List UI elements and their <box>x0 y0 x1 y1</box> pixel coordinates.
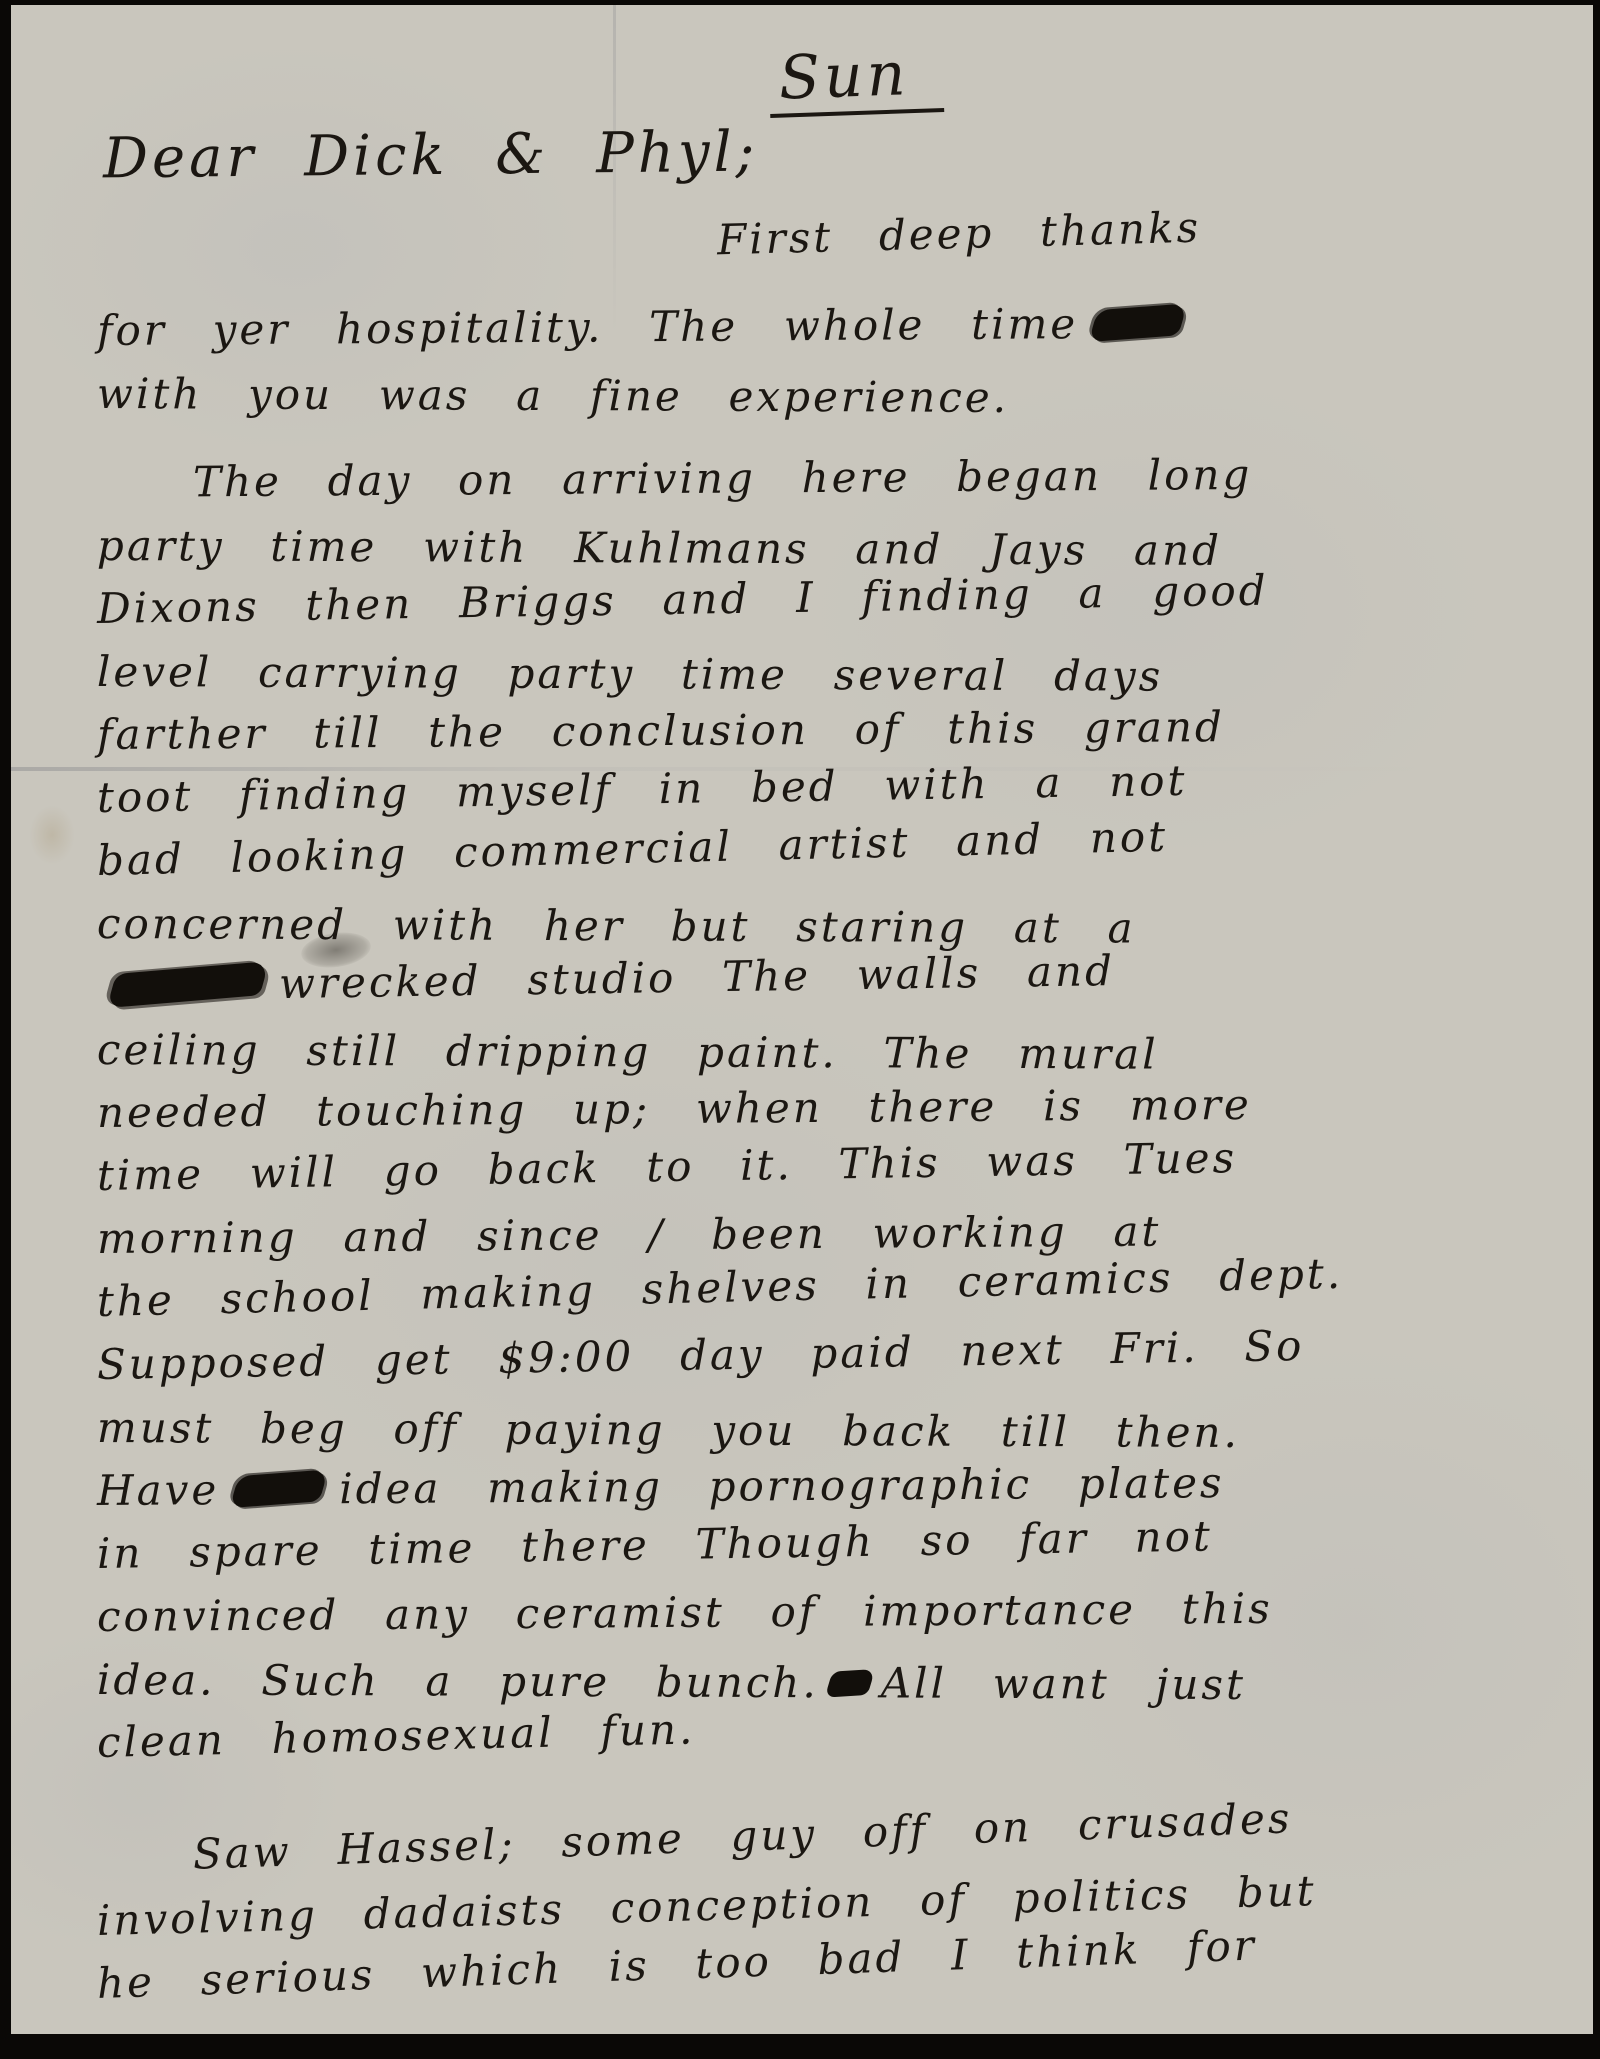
letter-line: with you was a fine experience. <box>97 362 1538 431</box>
handwritten-text: must beg off paying you back till then. <box>97 1403 1240 1457</box>
paragraph: The day on arriving here began longparty… <box>97 451 1538 1774</box>
letter-line: convinced any ceramist of importance thi… <box>97 1575 1538 1648</box>
handwritten-text: ceiling still dripping paint. The mural <box>97 1025 1159 1079</box>
handwritten-text: The day on arriving here began long <box>193 450 1253 506</box>
handwritten-text: level carrying party time several days <box>97 647 1163 701</box>
paragraph: for yer hospitality. The whole timewith … <box>97 299 1538 425</box>
ink-scribble <box>230 1469 329 1508</box>
handwritten-text: for yer hospitality. The whole time <box>97 299 1079 355</box>
handwritten-text: clean homosexual fun. <box>96 1704 695 1767</box>
dateline: Sun <box>768 38 945 118</box>
handwritten-text: idea making pornographic plates <box>339 1458 1225 1513</box>
handwritten-text: Dixons then Briggs and I finding a good <box>97 566 1269 633</box>
handwritten-text: time will go back to it. This was Tues <box>97 1133 1238 1200</box>
handwritten-text: convinced any ceramist of importance thi… <box>97 1584 1273 1641</box>
paper-stain <box>29 805 75 865</box>
scanned-letter-page: { "page": { "paper_color": "#c9c6bd", "i… <box>0 0 1600 2059</box>
letter-line: The day on arriving here began long <box>97 441 1538 514</box>
paragraph: Saw Hassel; some guy off on crusadesinvo… <box>97 1826 1538 2015</box>
letter-paper: Sun Dear Dick & Phyl; First deep thanks … <box>11 5 1593 2034</box>
ink-scribble <box>1089 303 1188 342</box>
opening-phrase: First deep thanks <box>716 203 1201 265</box>
handwritten-text: with you was a fine experience. <box>97 369 1009 422</box>
handwritten-text: in spare time there Though so far not <box>97 1511 1214 1578</box>
handwritten-text: wrecked studio The walls and <box>279 946 1116 1008</box>
handwritten-text: Supposed get $9:00 day paid next Fri. So <box>97 1321 1305 1389</box>
letter-opening: Sun Dear Dick & Phyl; First deep thanks <box>97 27 1538 299</box>
ink-scribble <box>107 961 270 1008</box>
letter-content: Sun Dear Dick & Phyl; First deep thanks … <box>97 27 1538 2034</box>
salutation: Dear Dick & Phyl; <box>103 120 759 192</box>
handwritten-text: Have <box>97 1465 220 1515</box>
letter-body: for yer hospitality. The whole timewith … <box>97 299 1538 2015</box>
letter-line: for yer hospitality. The whole time <box>97 289 1538 362</box>
